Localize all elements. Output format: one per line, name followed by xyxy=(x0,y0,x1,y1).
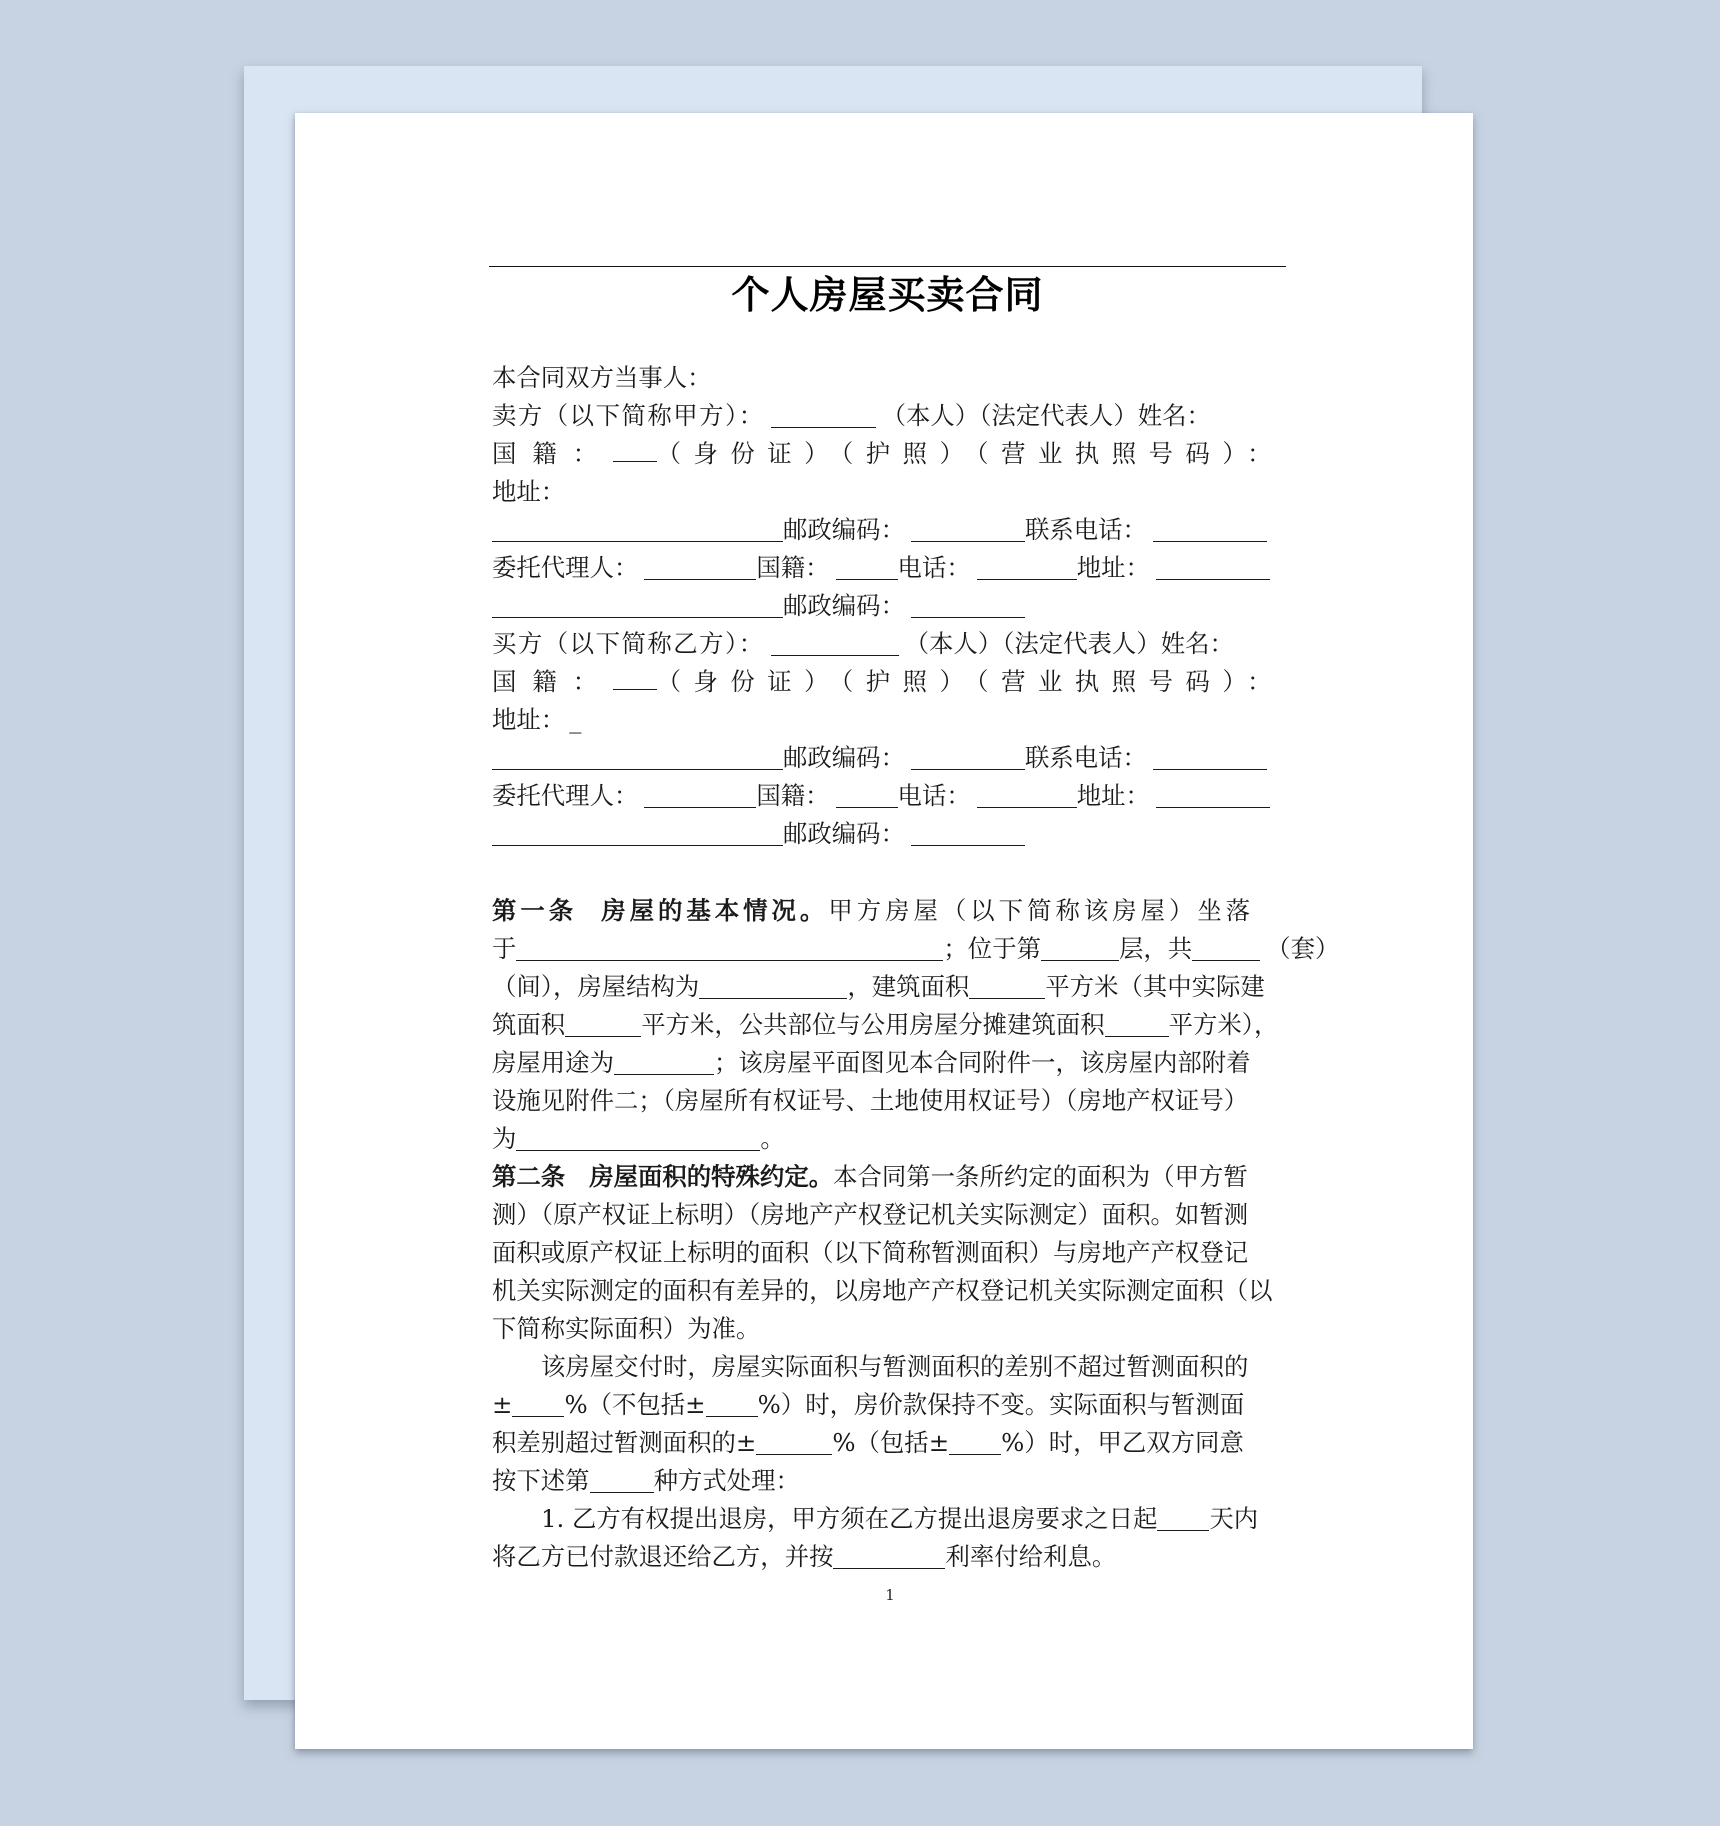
text: 天内 xyxy=(1209,1504,1258,1533)
seller-agent-blank[interactable] xyxy=(644,553,756,580)
article1-line-4: 筑面积平方米，公共部位与公用房屋分摊建筑面积平方米）， xyxy=(492,1006,1278,1044)
buyer-contact-line: 邮政编码：联系电话： xyxy=(492,739,1267,777)
text: %（不包括± xyxy=(564,1390,705,1419)
text: 面积或原产权证上标明的面积（以下简称暂测面积）与房地产产权登记 xyxy=(492,1238,1248,1267)
seller-heading-suffix: （本人）（法定代表人）姓名： xyxy=(882,401,1211,430)
buyer-nationality-blank[interactable] xyxy=(613,663,656,690)
text: 种方式处理： xyxy=(654,1466,800,1495)
text: ± xyxy=(492,1390,512,1419)
article1-line-7: 为。 xyxy=(492,1120,785,1158)
document-title: 个人房屋买卖合同 xyxy=(489,272,1286,318)
tolerance-blank-3[interactable] xyxy=(756,1428,832,1455)
text: 筑面积 xyxy=(492,1010,565,1039)
seller-agent-nationality-label: 国籍： xyxy=(756,553,829,582)
text: 房屋用途为 xyxy=(492,1048,614,1077)
text: 设施见附件二；（房屋所有权证号、土地使用权证号）（房地产权证号） xyxy=(492,1086,1248,1115)
text: %）时，房价款保持不变。实际面积与暂测面 xyxy=(758,1390,1245,1419)
buyer-phone-blank[interactable] xyxy=(1153,743,1267,770)
article2-line-3: 面积或原产权证上标明的面积（以下简称暂测面积）与房地产产权登记 xyxy=(492,1234,1248,1272)
buyer-agent-phone-label: 电话： xyxy=(898,781,971,810)
buyer-id-types: （身份证）（护照）（营业执照号码）： xyxy=(657,663,1284,701)
article1-heading: 房屋的基本情况。 xyxy=(601,896,828,925)
location-blank[interactable] xyxy=(516,934,943,961)
text: ；该房屋平面图见本合同附件一，该房屋内部附着 xyxy=(714,1048,1251,1077)
seller-phone-blank[interactable] xyxy=(1153,515,1267,542)
text: %）时，甲乙双方同意 xyxy=(1001,1428,1244,1457)
seller-nationality-blank[interactable] xyxy=(613,435,656,462)
seller-agent-address-label: 地址： xyxy=(1077,553,1150,582)
tolerance-blank-2[interactable] xyxy=(706,1390,758,1417)
certificate-number-blank[interactable] xyxy=(516,1124,760,1151)
seller-heading: 卖方（以下简称甲方）： xyxy=(492,401,765,430)
buyer-heading-suffix: （本人）（法定代表人）姓名： xyxy=(905,629,1234,658)
buyer-postcode-label: 邮政编码： xyxy=(783,743,905,772)
text: 1. 乙方有权提出退房，甲方须在乙方提出退房要求之日起 xyxy=(541,1504,1157,1533)
seller-agent-address-cont-blank[interactable] xyxy=(492,591,783,618)
interest-rate-blank[interactable] xyxy=(833,1542,945,1569)
seller-name-blank[interactable] xyxy=(771,401,876,428)
buyer-heading: 买方（以下简称乙方）： xyxy=(492,629,765,658)
text: 机关实际测定的面积有差异的，以房地产产权登记机关实际测定面积（以 xyxy=(492,1276,1273,1305)
article1-line-3: （间），房屋结构为，建筑面积平方米（其中实际建 xyxy=(492,968,1265,1006)
seller-agent-postcode-blank[interactable] xyxy=(911,591,1025,618)
article1-number: 第一条 xyxy=(492,896,577,925)
seller-address-blank[interactable] xyxy=(492,515,783,542)
text: ；位于第 xyxy=(943,934,1041,963)
article1-line-2: 于；位于第层，共（套） xyxy=(492,930,1339,968)
seller-agent-label: 委托代理人： xyxy=(492,553,638,582)
text: 为 xyxy=(492,1124,516,1153)
seller-contact-line: 邮政编码：联系电话： xyxy=(492,511,1267,549)
article1-text: 甲方房屋（以下简称该房屋）坐落 xyxy=(828,896,1254,925)
seller-address-label: 地址： xyxy=(492,477,565,506)
seller-id-line: 国籍：（身份证）（护照）（营业执照号码）： xyxy=(492,435,1284,473)
buyer-agent-address-label: 地址： xyxy=(1077,781,1150,810)
text: （间），房屋结构为 xyxy=(492,972,699,1001)
tolerance-blank-4[interactable] xyxy=(949,1428,1001,1455)
seller-agent-phone-label: 电话： xyxy=(898,553,971,582)
floor-blank[interactable] xyxy=(1041,934,1119,961)
article2-para2-line-3: 积差别超过暂测面积的±%（包括±%）时，甲乙双方同意 xyxy=(492,1424,1244,1462)
buyer-agent-postcode-blank[interactable] xyxy=(911,819,1025,846)
seller-agent-address-blank[interactable] xyxy=(1156,553,1270,580)
article2-heading: 房屋面积的特殊约定。 xyxy=(589,1162,833,1191)
item1-line-2: 将乙方已付款退还给乙方，并按利率付给利息。 xyxy=(492,1538,1116,1576)
buyer-address-line: 地址：_ xyxy=(492,701,581,739)
seller-nationality-label: 国籍： xyxy=(492,435,613,473)
buyer-address-blank[interactable] xyxy=(492,743,783,770)
buyer-phone-label: 联系电话： xyxy=(1025,743,1147,772)
text: 平方米）， xyxy=(1169,1010,1279,1039)
article2-text: 本合同第一条所约定的面积为（甲方暂 xyxy=(833,1162,1248,1191)
structure-blank[interactable] xyxy=(699,972,847,999)
buyer-agent-postcode-label: 邮政编码： xyxy=(783,819,905,848)
article2-line-1: 第二条房屋面积的特殊约定。本合同第一条所约定的面积为（甲方暂 xyxy=(492,1158,1248,1196)
seller-agent-phone-blank[interactable] xyxy=(977,553,1077,580)
buyer-agent-nationality-label: 国籍： xyxy=(756,781,829,810)
seller-address-line: 地址： xyxy=(492,473,565,511)
text: 按下述第 xyxy=(492,1466,590,1495)
text: （套） xyxy=(1266,934,1339,963)
page-number: 1 xyxy=(880,1584,900,1606)
seller-postcode-blank[interactable] xyxy=(911,515,1025,542)
intro-line: 本合同双方当事人： xyxy=(492,359,712,397)
text: 于 xyxy=(492,934,516,963)
buyer-address-label: 地址： xyxy=(492,705,565,734)
seller-heading-line: 卖方（以下简称甲方）：（本人）（法定代表人）姓名： xyxy=(492,397,1211,435)
article2-para2-line-2: ±%（不包括±%）时，房价款保持不变。实际面积与暂测面 xyxy=(492,1386,1244,1424)
buyer-name-blank[interactable] xyxy=(771,629,899,656)
article2-line-4: 机关实际测定的面积有差异的，以房地产产权登记机关实际测定面积（以 xyxy=(492,1272,1273,1310)
buyer-agent-address-cont-blank[interactable] xyxy=(492,819,783,846)
buyer-agent-blank[interactable] xyxy=(644,781,756,808)
header-rule xyxy=(489,266,1286,267)
text: 层，共 xyxy=(1119,934,1192,963)
text: 该房屋交付时，房屋实际面积与暂测面积的差别不超过暂测面积的 xyxy=(541,1352,1248,1381)
article2-para2-line-1: 该房屋交付时，房屋实际面积与暂测面积的差别不超过暂测面积的 xyxy=(541,1348,1248,1386)
building-area-blank[interactable] xyxy=(969,972,1045,999)
buyer-postcode-blank[interactable] xyxy=(911,743,1025,770)
text: 积差别超过暂测面积的± xyxy=(492,1428,756,1457)
actual-area-blank[interactable] xyxy=(565,1010,641,1037)
buyer-heading-line: 买方（以下简称乙方）：（本人）（法定代表人）姓名： xyxy=(492,625,1234,663)
article1-line-5: 房屋用途为；该房屋平面图见本合同附件一，该房屋内部附着 xyxy=(492,1044,1251,1082)
seller-agent-line: 委托代理人：国籍：电话：地址： xyxy=(492,549,1270,587)
text: 测）（原产权证上标明）（房地产产权登记机关实际测定）面积。如暂测 xyxy=(492,1200,1248,1229)
refund-days-blank[interactable] xyxy=(1157,1504,1209,1531)
seller-agent-nationality-blank[interactable] xyxy=(836,553,898,580)
intro-text: 本合同双方当事人： xyxy=(492,363,712,392)
item1-line-1: 1. 乙方有权提出退房，甲方须在乙方提出退房要求之日起天内 xyxy=(541,1500,1258,1538)
buyer-agent-line: 委托代理人：国籍：电话：地址： xyxy=(492,777,1270,815)
buyer-id-line: 国籍：（身份证）（护照）（营业执照号码）： xyxy=(492,663,1284,701)
text: 平方米（其中实际建 xyxy=(1045,972,1265,1001)
seller-phone-label: 联系电话： xyxy=(1025,515,1147,544)
method-number-blank[interactable] xyxy=(590,1466,654,1493)
buyer-agent-nationality-blank[interactable] xyxy=(836,781,898,808)
buyer-address-value[interactable]: _ xyxy=(569,705,581,734)
article1-line-6: 设施见附件二；（房屋所有权证号、土地使用权证号）（房地产权证号） xyxy=(492,1082,1248,1120)
buyer-agent-postcode-line: 邮政编码： xyxy=(492,815,1025,853)
article2-number: 第二条 xyxy=(492,1162,565,1191)
article2-line-2: 测）（原产权证上标明）（房地产产权登记机关实际测定）面积。如暂测 xyxy=(492,1196,1248,1234)
text: 利率付给利息。 xyxy=(945,1542,1116,1571)
usage-blank[interactable] xyxy=(614,1048,714,1075)
seller-id-types: （身份证）（护照）（营业执照号码）： xyxy=(657,435,1284,473)
buyer-agent-label: 委托代理人： xyxy=(492,781,638,810)
text: 平方米，公共部位与公用房屋分摊建筑面积 xyxy=(641,1010,1104,1039)
text: ，建筑面积 xyxy=(847,972,969,1001)
buyer-agent-address-blank[interactable] xyxy=(1156,781,1270,808)
buyer-nationality-label: 国籍： xyxy=(492,663,613,701)
text: 。 xyxy=(760,1124,784,1153)
article1-line-1: 第一条房屋的基本情况。甲方房屋（以下简称该房屋）坐落 xyxy=(492,892,1254,930)
text: %（包括± xyxy=(832,1428,949,1457)
article2-para2-line-4: 按下述第种方式处理： xyxy=(492,1462,800,1500)
seller-postcode-label: 邮政编码： xyxy=(783,515,905,544)
total-floors-blank[interactable] xyxy=(1192,934,1260,961)
text: 下简称实际面积）为准。 xyxy=(492,1314,760,1343)
article2-line-5: 下简称实际面积）为准。 xyxy=(492,1310,760,1348)
tolerance-blank-1[interactable] xyxy=(512,1390,564,1417)
buyer-agent-phone-blank[interactable] xyxy=(977,781,1077,808)
shared-area-blank[interactable] xyxy=(1105,1010,1169,1037)
seller-agent-postcode-label: 邮政编码： xyxy=(783,591,905,620)
seller-agent-postcode-line: 邮政编码： xyxy=(492,587,1025,625)
text: 将乙方已付款退还给乙方，并按 xyxy=(492,1542,833,1571)
